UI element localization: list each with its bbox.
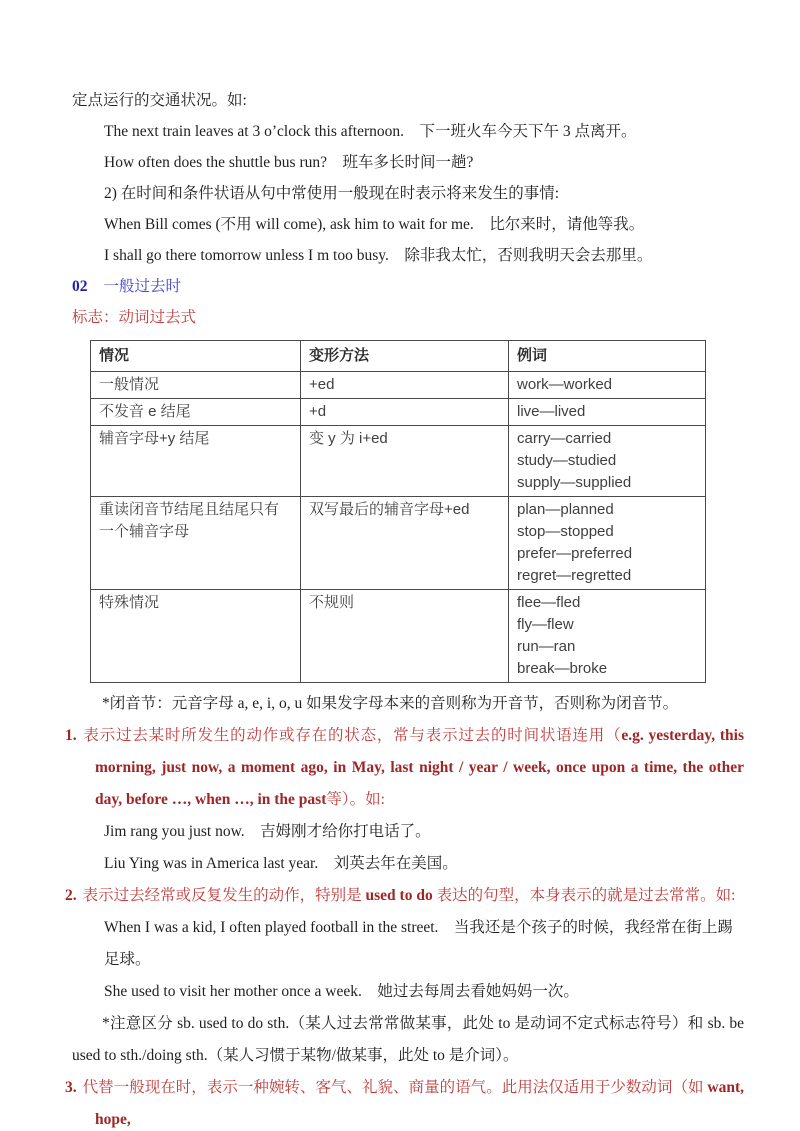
rule-number: 1.	[65, 727, 77, 744]
table-cell: live—lived	[509, 399, 706, 426]
table-row: 一般情况 +ed work—worked	[91, 372, 706, 399]
table-cell: 特殊情况	[91, 590, 301, 683]
table-cell: carry—carried study—studied supply—suppl…	[509, 426, 706, 497]
example-sentence: Jim rang you just now. 吉姆刚才给你打电话了。	[72, 816, 744, 848]
rule-2: 2.表示过去经常或反复发生的动作，特别是 used to do 表达的句型，本身…	[65, 880, 744, 912]
table-cell: 不规则	[301, 590, 509, 683]
table-cell: +ed	[301, 372, 509, 399]
column-header: 例词	[509, 341, 706, 372]
column-header: 变形方法	[301, 341, 509, 372]
rules-section: *闭音节：元音字母 a, e, i, o, u 如果发字母本来的音则称为开音节，…	[72, 688, 744, 1131]
example-sentence: How often does the shuttle bus run? 班车多长…	[72, 147, 744, 178]
marker-line: 标志：动词过去式	[72, 302, 744, 333]
section-title: 一般过去时	[104, 278, 182, 295]
note-closed-syllable: *闭音节：元音字母 a, e, i, o, u 如果发字母本来的音则称为开音节，…	[72, 688, 744, 720]
table-header-row: 情况 变形方法 例词	[91, 341, 706, 372]
body-text: 定点运行的交通状况。如:	[72, 85, 744, 116]
section-number: 02	[72, 278, 88, 295]
rule-number: 3.	[65, 1079, 77, 1096]
table-row: 特殊情况 不规则 flee—fled fly—flew run—ran brea…	[91, 590, 706, 683]
example-sentence: When I was a kid, I often played footbal…	[72, 912, 744, 976]
example-sentence: When Bill comes (不用 will come), ask him …	[72, 209, 744, 240]
table-cell: plan—planned stop—stopped prefer—preferr…	[509, 497, 706, 590]
table-cell: 重读闭音节结尾且结尾只有一个辅音字母	[91, 497, 301, 590]
body-text: 2) 在时间和条件状语从句中常使用一般现在时表示将来发生的事情:	[72, 178, 744, 209]
table-row: 不发音 e 结尾 +d live—lived	[91, 399, 706, 426]
rule-number: 2.	[65, 887, 77, 904]
table-cell: flee—fled fly—flew run—ran break—broke	[509, 590, 706, 683]
past-tense-table: 情况 变形方法 例词 一般情况 +ed work—worked 不发音 e 结尾…	[90, 340, 706, 683]
table-row: 重读闭音节结尾且结尾只有一个辅音字母 双写最后的辅音字母+ed plan—pla…	[91, 497, 706, 590]
table-cell: +d	[301, 399, 509, 426]
marker-label: 标志：	[72, 309, 119, 326]
marker-value: 动词过去式	[119, 309, 197, 326]
example-sentence: The next train leaves at 3 o’clock this …	[72, 116, 744, 147]
used-to-do-bold: used to do	[366, 887, 433, 904]
table-cell: 一般情况	[91, 372, 301, 399]
rule-3: 3.代替一般现在时，表示一种婉转、客气、礼貌、商量的语气。此用法仅适用于少数动词…	[65, 1072, 744, 1131]
note-used-to: *注意区分 sb. used to do sth.（某人过去常常做某事，此处 t…	[72, 1008, 744, 1072]
table-row: 辅音字母+y 结尾 变 y 为 i+ed carry—carried study…	[91, 426, 706, 497]
table-cell: work—worked	[509, 372, 706, 399]
example-sentence: I shall go there tomorrow unless I m too…	[72, 240, 744, 271]
table-cell: 不发音 e 结尾	[91, 399, 301, 426]
document-page: 定点运行的交通状况。如: The next train leaves at 3 …	[0, 0, 800, 1131]
example-sentence: Liu Ying was in America last year. 刘英去年在…	[72, 848, 744, 880]
table-cell: 辅音字母+y 结尾	[91, 426, 301, 497]
rule-1: 1.表示过去某时所发生的动作或存在的状态，常与表示过去的时间状语连用（e.g. …	[65, 720, 744, 816]
table-cell: 变 y 为 i+ed	[301, 426, 509, 497]
example-sentence: She used to visit her mother once a week…	[72, 976, 744, 1008]
section-heading: 02一般过去时	[72, 271, 744, 302]
column-header: 情况	[91, 341, 301, 372]
table-cell: 双写最后的辅音字母+ed	[301, 497, 509, 590]
